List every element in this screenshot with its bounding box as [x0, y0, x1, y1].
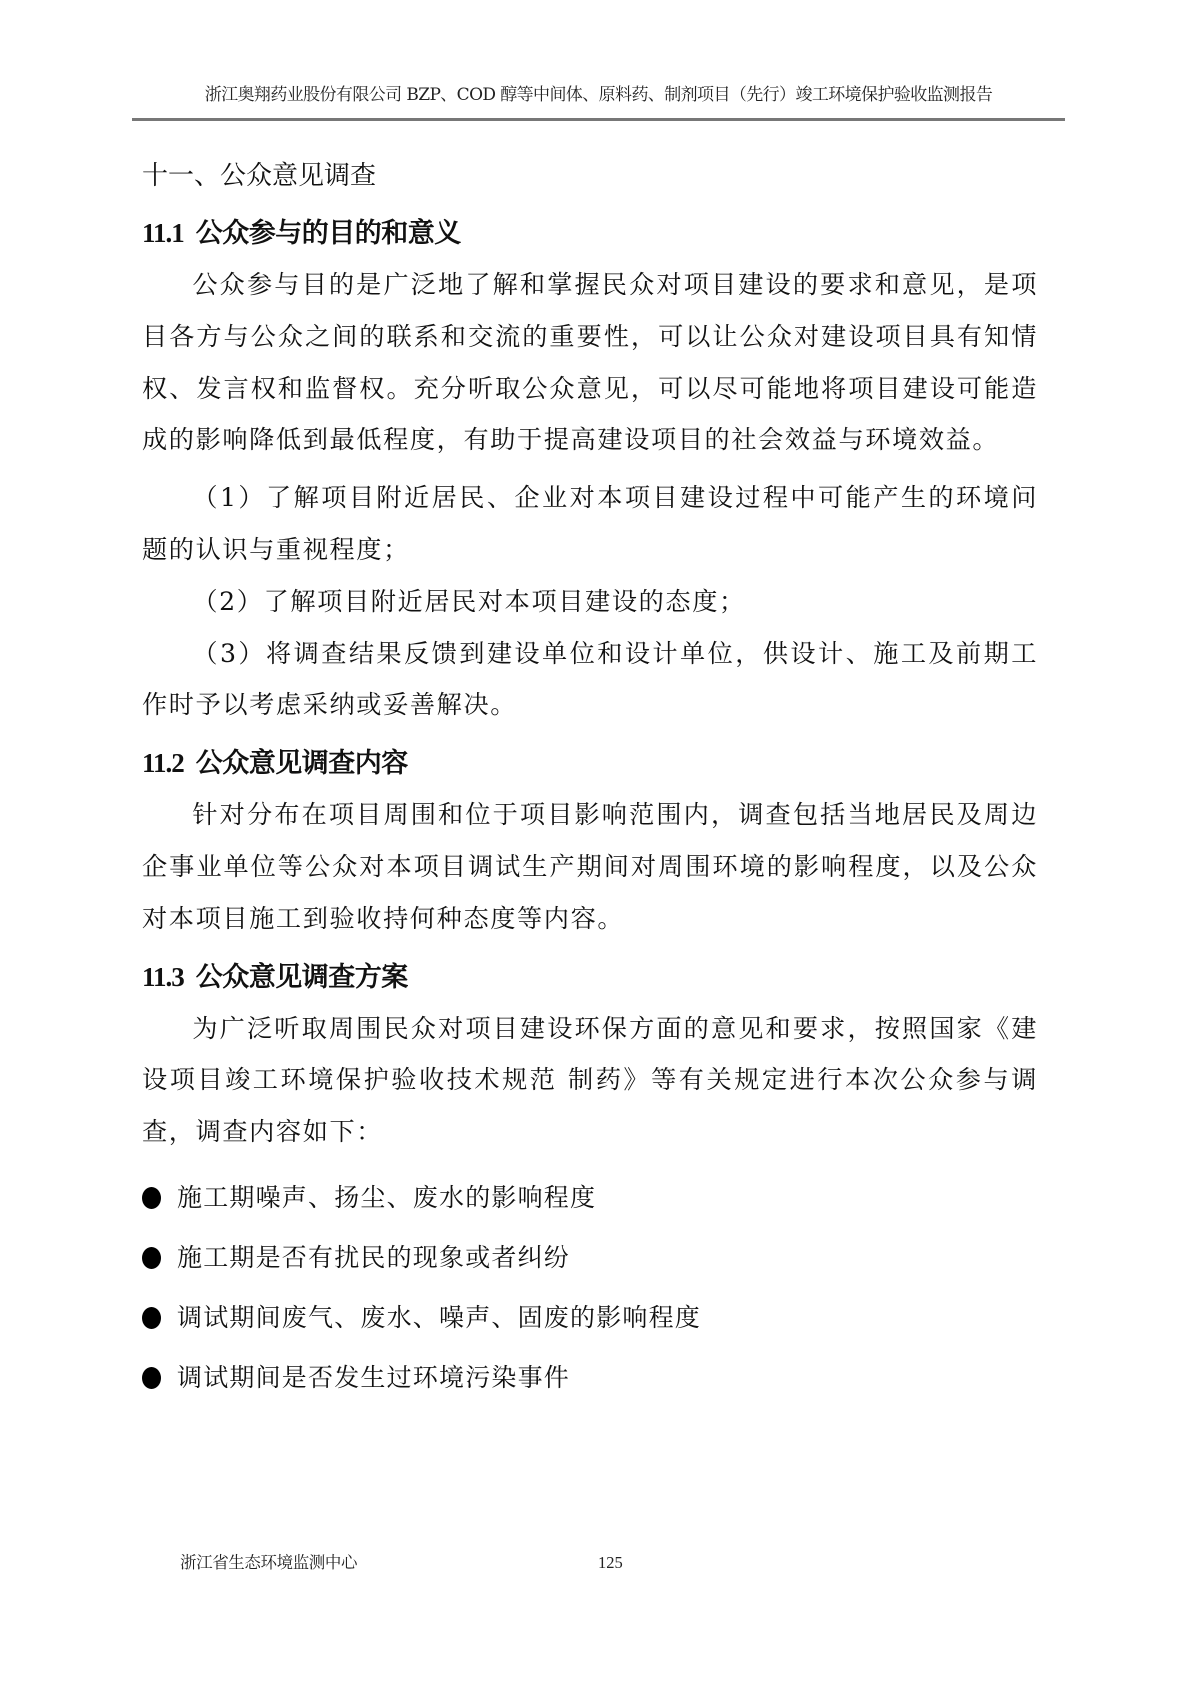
- survey-content-list: 施工期噪声、扬尘、废水的影响程度 施工期是否有扰民的现象或者纠纷 调试期间废气、…: [142, 1168, 1038, 1408]
- paragraph: 公众参与目的是广泛地了解和掌握民众对项目建设的要求和意见，是项目各方与公众之间的…: [142, 259, 1038, 466]
- bullet-icon: [142, 1247, 161, 1269]
- section-title: 公众参与的目的和意义: [196, 218, 461, 249]
- bullet-icon: [142, 1187, 161, 1209]
- section-heading-11-3: 11.3公众意见调查方案: [142, 951, 1038, 1003]
- paragraph: 针对分布在项目周围和位于项目影响范围内，调查包括当地居民及周边企事业单位等公众对…: [142, 789, 1038, 944]
- list-item: 调试期间是否发生过环境污染事件: [142, 1348, 1038, 1408]
- header-rule: [132, 118, 1065, 121]
- section-number: 11.2: [142, 748, 184, 778]
- paragraph: 为广泛听取周围民众对项目建设环保方面的意见和要求，按照国家《建设项目竣工环境保护…: [142, 1003, 1038, 1158]
- footer-organization: 浙江省生态环境监测中心: [180, 1551, 357, 1575]
- section-title: 公众意见调查内容: [196, 748, 408, 779]
- list-paragraph-1: （1）了解项目附近居民、企业对本项目建设过程中可能产生的环境问题的认识与重视程度…: [142, 472, 1038, 576]
- list-paragraph-3: （3）将调查结果反馈到建设单位和设计单位，供设计、施工及前期工作时予以考虑采纳或…: [142, 628, 1038, 732]
- list-paragraph-2: （2）了解项目附近居民对本项目建设的态度；: [142, 576, 1038, 628]
- page-number: 125: [598, 1551, 623, 1575]
- running-header: 浙江奥翔药业股份有限公司 BZP、COD 醇等中间体、原料药、制剂项目（先行）竣…: [132, 82, 1065, 108]
- list-item: 施工期是否有扰民的现象或者纠纷: [142, 1228, 1038, 1288]
- bullet-icon: [142, 1367, 161, 1389]
- page-content: 十一、公众意见调查 11.1公众参与的目的和意义 公众参与目的是广泛地了解和掌握…: [142, 150, 1038, 1408]
- list-item: 施工期噪声、扬尘、废水的影响程度: [142, 1168, 1038, 1228]
- chapter-title: 十一、公众意见调查: [142, 150, 1038, 202]
- bullet-icon: [142, 1307, 161, 1329]
- section-number: 11.3: [142, 962, 184, 992]
- list-item: 调试期间废气、废水、噪声、固废的影响程度: [142, 1288, 1038, 1348]
- section-number: 11.1: [142, 218, 184, 248]
- section-title: 公众意见调查方案: [196, 962, 408, 993]
- section-heading-11-1: 11.1公众参与的目的和意义: [142, 207, 1038, 259]
- section-heading-11-2: 11.2公众意见调查内容: [142, 737, 1038, 789]
